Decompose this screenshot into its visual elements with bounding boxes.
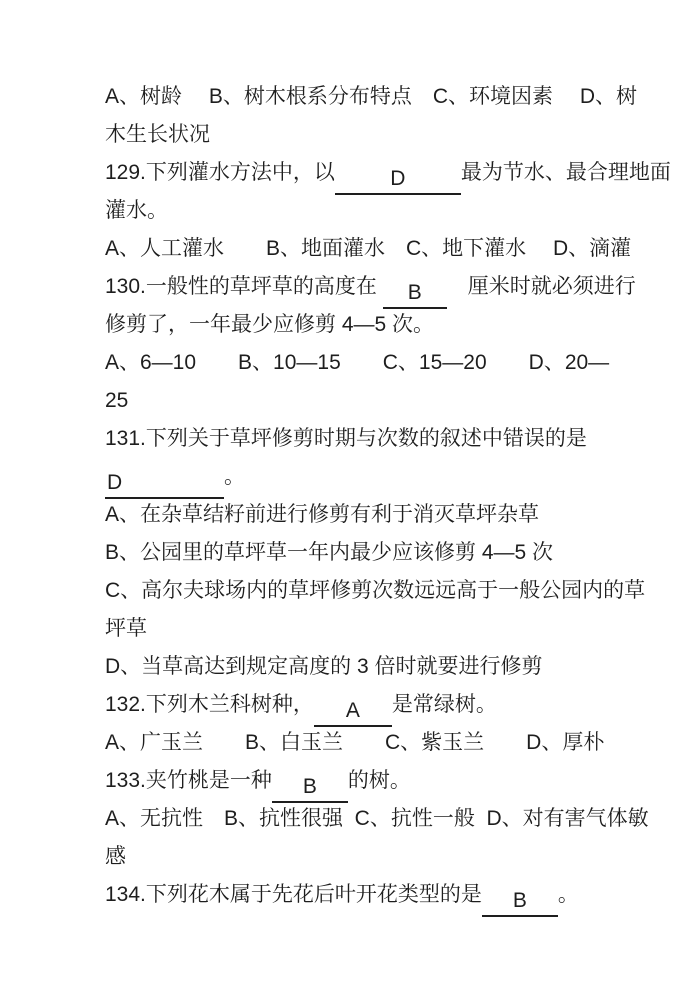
text-line: 木生长状况 (105, 116, 605, 154)
line-text: A、人工灌水 B、地面灌水 C、地下灌水 D、滴灌 (105, 237, 631, 260)
line-text: 木生长状况 (105, 123, 210, 146)
text-line: A、树龄 B、树木根系分布特点 C、环境因素 D、树 (105, 78, 605, 116)
line-text: D、当草高达到规定高度的 3 倍时就要进行修剪 (105, 655, 543, 678)
text-line: A、人工灌水 B、地面灌水 C、地下灌水 D、滴灌 (105, 230, 605, 268)
text-line: A、6—10 B、10—15 C、15—20 D、20— (105, 344, 605, 382)
line-text: 134.下列花木属于先花后叶开花类型的是 (105, 883, 482, 906)
line-text: A、6—10 B、10—15 C、15—20 D、20— (105, 351, 609, 374)
line-text: 感 (105, 845, 126, 868)
line-text: 是常绿树。 (392, 693, 497, 716)
answer-blank: A (314, 695, 392, 727)
line-text: A、在杂草结籽前进行修剪有利于消灭草坪杂草 (105, 503, 539, 526)
line-text: 最为节水、最合理地面 (461, 161, 671, 184)
text-line: 感 (105, 838, 605, 876)
line-text: 。 (558, 883, 579, 906)
line-text: 厘米时就必须进行 (447, 275, 636, 298)
line-text: 25 (105, 389, 128, 412)
line-text: 灌水。 (105, 199, 168, 222)
line-text: 。 (224, 465, 245, 488)
line-text: 130.一般性的草坪草的高度在 (105, 275, 383, 298)
text-line: 129.下列灌水方法中，以D最为节水、最合理地面 (105, 154, 605, 192)
line-text: 的树。 (348, 769, 411, 792)
line-text: B、公园里的草坪草一年内最少应该修剪 4—5 次 (105, 541, 553, 564)
line-text: 131.下列关于草坪修剪时期与次数的叙述中错误的是 (105, 427, 587, 450)
text-line: A、广玉兰 B、白玉兰 C、紫玉兰 D、厚朴 (105, 724, 605, 762)
text-line: 灌水。 (105, 192, 605, 230)
text-line: 132.下列木兰科树种，A是常绿树。 (105, 686, 605, 724)
text-line: 25 (105, 382, 605, 420)
answer-blank: B (383, 277, 447, 309)
document-page: A、树龄 B、树木根系分布特点 C、环境因素 D、树木生长状况129.下列灌水方… (0, 0, 700, 991)
text-line: 131.下列关于草坪修剪时期与次数的叙述中错误的是 (105, 420, 605, 458)
text-line: 130.一般性的草坪草的高度在 B 厘米时就必须进行 (105, 268, 605, 306)
text-line: 134.下列花木属于先花后叶开花类型的是B。 (105, 876, 605, 914)
line-text: C、高尔夫球场内的草坪修剪次数远远高于一般公园内的草 (105, 579, 645, 602)
text-line: D、当草高达到规定高度的 3 倍时就要进行修剪 (105, 648, 605, 686)
answer-blank: D (105, 467, 224, 499)
answer-blank: D (335, 163, 461, 195)
text-line: C、高尔夫球场内的草坪修剪次数远远高于一般公园内的草 (105, 572, 605, 610)
line-text: 坪草 (105, 617, 147, 640)
line-text: A、广玉兰 B、白玉兰 C、紫玉兰 D、厚朴 (105, 731, 604, 754)
answer-blank: B (482, 885, 558, 917)
line-text: 132.下列木兰科树种， (105, 693, 314, 716)
line-text: A、树龄 B、树木根系分布特点 C、环境因素 D、树 (105, 85, 637, 108)
line-text: 129.下列灌水方法中，以 (105, 161, 335, 184)
question-list: A、树龄 B、树木根系分布特点 C、环境因素 D、树木生长状况129.下列灌水方… (105, 78, 605, 914)
text-line: A、无抗性 B、抗性很强 C、抗性一般 D、对有害气体敏 (105, 800, 605, 838)
text-line: 坪草 (105, 610, 605, 648)
answer-blank: B (272, 771, 348, 803)
line-text: A、无抗性 B、抗性很强 C、抗性一般 D、对有害气体敏 (105, 807, 649, 830)
text-line: D。 (105, 458, 605, 496)
line-text: 修剪了，一年最少应修剪 4—5 次。 (105, 313, 434, 336)
text-line: 133.夹竹桃是一种B的树。 (105, 762, 605, 800)
text-line: B、公园里的草坪草一年内最少应该修剪 4—5 次 (105, 534, 605, 572)
text-line: 修剪了，一年最少应修剪 4—5 次。 (105, 306, 605, 344)
line-text: 133.夹竹桃是一种 (105, 769, 272, 792)
text-line: A、在杂草结籽前进行修剪有利于消灭草坪杂草 (105, 496, 605, 534)
